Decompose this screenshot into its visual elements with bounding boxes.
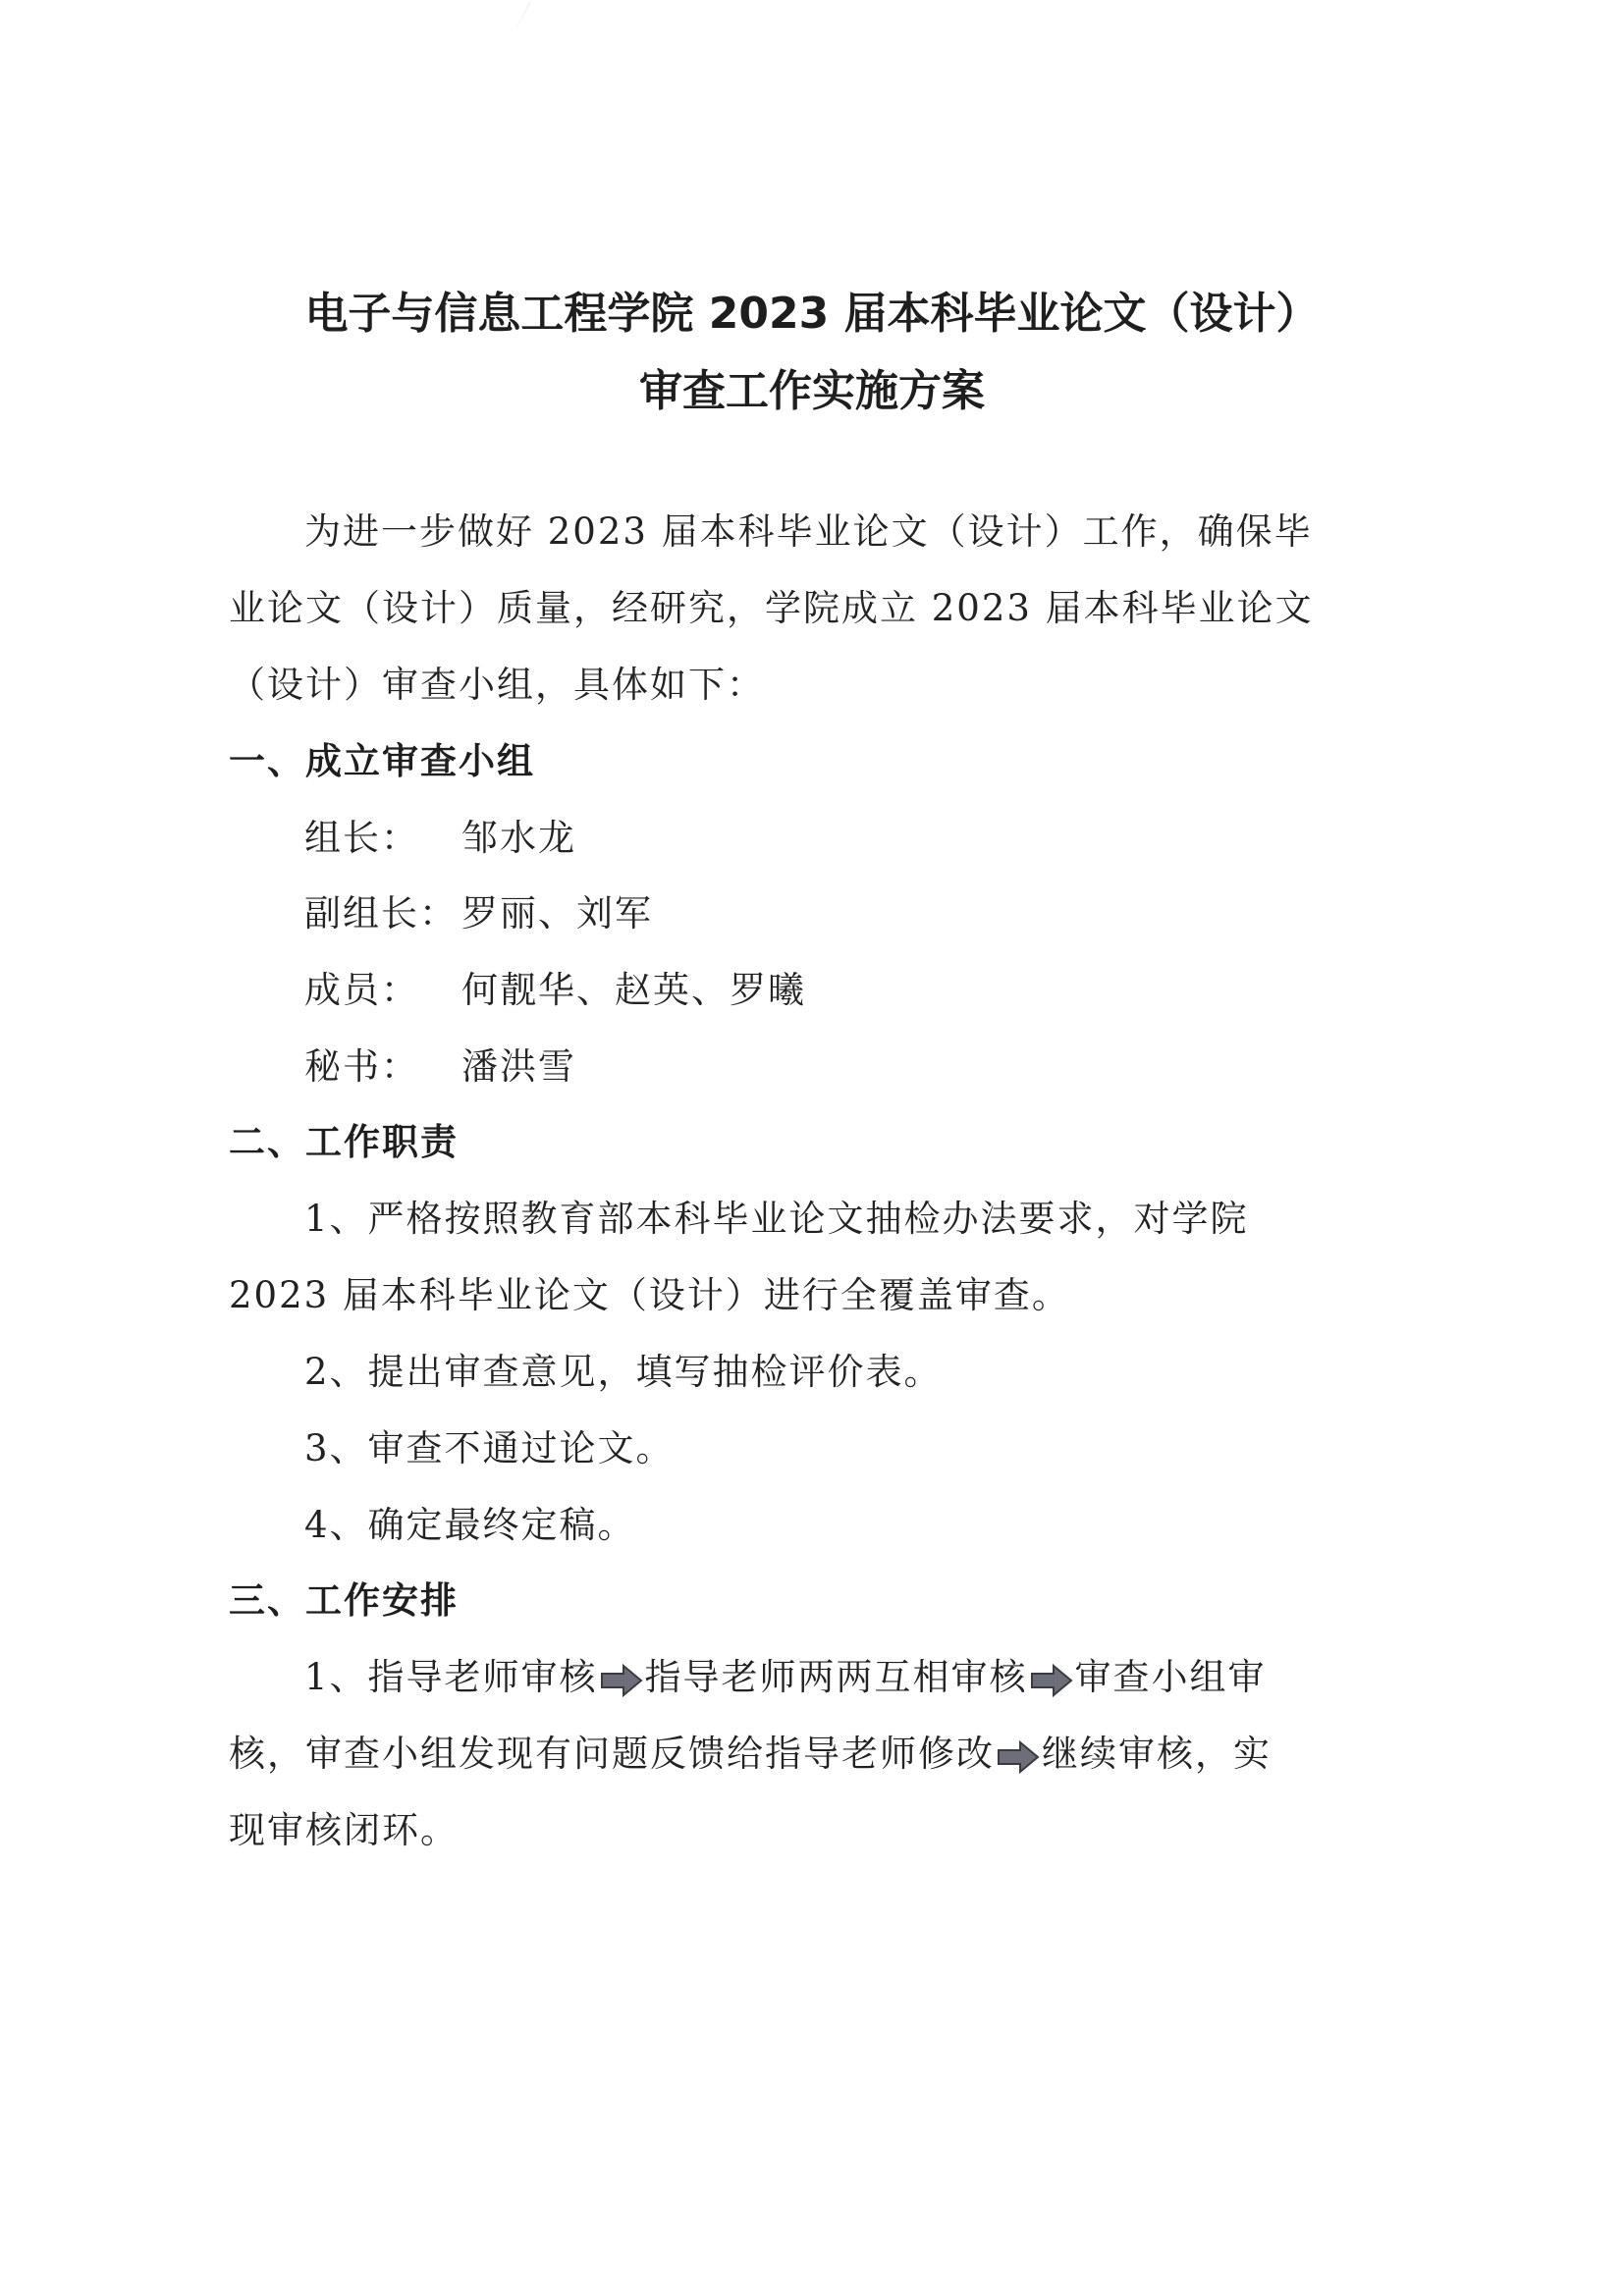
flow-step-group-review: 审查小组审 — [1075, 1656, 1267, 1698]
section1-heading: 一、成立审查小组 — [229, 739, 535, 784]
right-arrow-icon — [1030, 1664, 1073, 1697]
intro-line-3: （设计）审查小组，具体如下： — [229, 663, 765, 708]
member-leader: 组长：邹水龙 — [304, 816, 576, 861]
arrangement-line-2: 核，审查小组发现有问题反馈给指导老师修改继续审核，实 — [229, 1732, 1272, 1777]
duty-4: 4、确定最终定稿。 — [304, 1503, 636, 1548]
duty-2: 2、提出审查意见，填写抽检评价表。 — [304, 1350, 943, 1395]
duty-3: 3、审查不通过论文。 — [304, 1426, 675, 1471]
member-names: 潘洪雪 — [461, 1045, 576, 1088]
member-secretary: 秘书：潘洪雪 — [304, 1044, 576, 1090]
flow-step-continue: 继续审核，实 — [1042, 1733, 1272, 1775]
member-names: 何靓华、赵英、罗曦 — [461, 969, 806, 1011]
flow-step-peer-review: 指导老师两两互相审核 — [645, 1656, 1028, 1698]
member-names: 邹水龙 — [461, 817, 576, 859]
section3-heading: 三、工作安排 — [229, 1578, 459, 1624]
duty-1-line-2: 2023 届本科毕业论文（设计）进行全覆盖审查。 — [229, 1273, 1070, 1318]
member-deputy-leader: 副组长：罗丽、刘军 — [304, 891, 653, 936]
member-role: 副组长： — [304, 891, 461, 936]
member-names: 罗丽、刘军 — [461, 892, 653, 934]
member-role: 成员： — [304, 968, 461, 1013]
section2-heading: 二、工作职责 — [229, 1120, 459, 1165]
arrangement-line-3: 现审核闭环。 — [229, 1808, 459, 1853]
flow-step-feedback: 核，审查小组发现有问题反馈给指导老师修改 — [229, 1733, 995, 1775]
document-title-line2: 审查工作实施方案 — [0, 355, 1624, 418]
member-members: 成员：何靓华、赵英、罗曦 — [304, 968, 806, 1013]
arrangement-line-1: 1、指导老师审核指导老师两两互相审核审查小组审 — [304, 1655, 1267, 1700]
intro-line-1: 为进一步做好 2023 届本科毕业论文（设计）工作，确保毕 — [304, 509, 1313, 555]
duty-1-line-1: 1、严格按照教育部本科毕业论文抽检办法要求，对学院 — [304, 1197, 1249, 1242]
member-role: 组长： — [304, 816, 461, 861]
scan-artifact — [512, 2, 531, 35]
right-arrow-icon — [997, 1740, 1040, 1774]
member-role: 秘书： — [304, 1044, 461, 1090]
flow-step-advisor-review: 1、指导老师审核 — [304, 1656, 598, 1698]
right-arrow-icon — [600, 1664, 643, 1697]
document-title-line1: 电子与信息工程学院 2023 届本科毕业论文（设计） — [0, 278, 1624, 341]
intro-line-2: 业论文（设计）质量，经研究，学院成立 2023 届本科毕业论文 — [229, 586, 1314, 631]
